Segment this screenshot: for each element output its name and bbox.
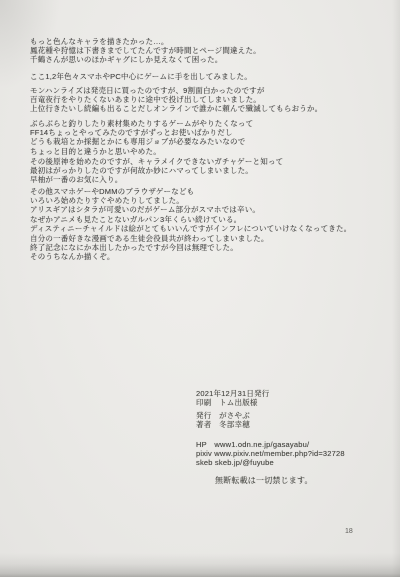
colophon-pixiv-url: pixiv www.pixiv.net/member.php?id=32728 bbox=[196, 449, 345, 458]
colophon-publish-date: 2021年12月31日発行 bbox=[196, 389, 269, 398]
colophon-skeb-url: skeb skeb.jp/@fuyube bbox=[196, 458, 274, 467]
colophon-printer: 印刷 トム出版様 bbox=[196, 398, 258, 407]
afterword-paragraph-5: その後原神を始めたのですが、キャラメイクできないガチャゲーと知って 最初はがっか… bbox=[30, 157, 283, 185]
scan-shadow-right-edge bbox=[392, 0, 400, 577]
scan-shadow-bottom-edge bbox=[0, 553, 400, 577]
afterword-paragraph-2: ここ1,2年色々スマホやPC中心にゲームに手を出してみました。 bbox=[30, 72, 252, 81]
colophon-publisher: 発行 がさやぶ bbox=[196, 411, 250, 420]
colophon-author: 著者 冬部幸穂 bbox=[196, 420, 250, 429]
copyright-notice: 無断転載は一切禁じます。 bbox=[215, 476, 313, 485]
scan-shadow-top-left bbox=[0, 0, 60, 90]
colophon-hp-url: HP www1.odn.ne.jp/gasayabu/ bbox=[196, 440, 309, 449]
afterword-paragraph-1: もっと色んなキャラを描きたかった…。 鳳花種や狩憶は下書きまでしてたんですが時間… bbox=[30, 37, 261, 65]
page-number: 18 bbox=[345, 528, 353, 535]
afterword-paragraph-3: モンハンライズは発売日に買ったのですが、9割面白かったのですが 百竜夜行をやりた… bbox=[30, 86, 322, 114]
afterword-paragraph-4: ぶらぶらと釣りしたり素材集めたりするゲームがやりたくなって FF14ちょっとやっ… bbox=[30, 119, 253, 156]
afterword-paragraph-7: 自分の一番好きな漫画である生徒会役員共が終わってしまいました。 終了記念になにか… bbox=[30, 234, 269, 262]
afterword-paragraph-6: その他スマホゲーやDMMのブラウザゲーなども いろいろ始めたりすぐやめたりしてま… bbox=[30, 187, 351, 233]
scanned-page: もっと色んなキャラを描きたかった…。 鳳花種や狩憶は下書きまでしてたんですが時間… bbox=[0, 0, 400, 577]
